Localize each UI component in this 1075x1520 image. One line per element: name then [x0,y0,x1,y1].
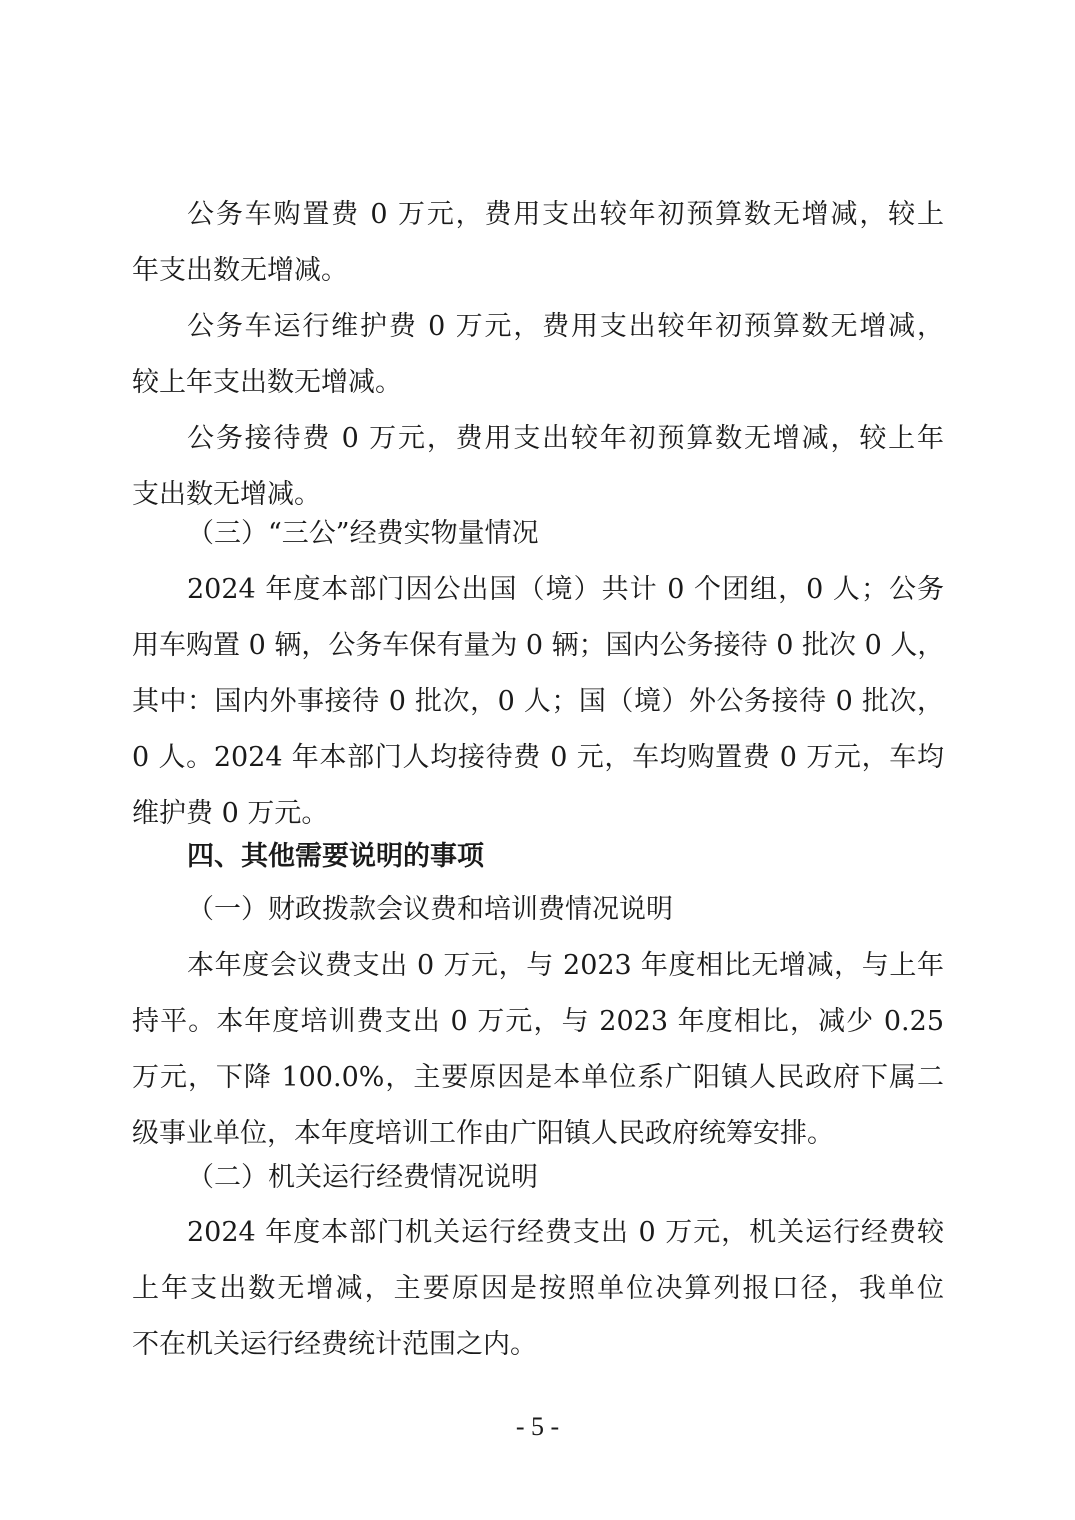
paragraph-line: 级事业单位，本年度培训工作由广阳镇人民政府统筹安排。 [132,1116,944,1152]
paragraph-line: 2024 年度本部门因公出国（境）共计 0 个团组，0 人；公务 [187,572,944,608]
paragraph-line: 上年支出数无增减，主要原因是按照单位决算列报口径，我单位 [132,1271,944,1307]
paragraph-line: 公务接待费 0 万元，费用支出较年初预算数无增减，较上年 [187,421,944,457]
paragraph-line: 持平。本年度培训费支出 0 万元，与 2023 年度相比，减少 0.25 [132,1004,944,1040]
paragraph-line: 公务车运行维护费 0 万元，费用支出较年初预算数无增减， [187,309,944,345]
paragraph-line: 其中：国内外事接待 0 批次，0 人；国（境）外公务接待 0 批次， [132,684,944,720]
subsection-heading: （三）“三公”经费实物量情况 [187,516,944,552]
page-number: - 5 - [0,1410,1075,1444]
paragraph-line: 较上年支出数无增减。 [132,365,944,401]
paragraph-line: 本年度会议费支出 0 万元，与 2023 年度相比无增减，与上年 [187,948,944,984]
paragraph-line: 0 人。2024 年本部门人均接待费 0 元，车均购置费 0 万元，车均 [132,740,944,776]
section-heading: 四、其他需要说明的事项 [187,839,944,875]
paragraph-line: 年支出数无增减。 [132,253,944,289]
paragraph-line: 用车购置 0 辆，公务车保有量为 0 辆；国内公务接待 0 批次 0 人， [132,628,944,664]
subsection-heading: （一）财政拨款会议费和培训费情况说明 [187,892,944,928]
paragraph-line: 公务车购置费 0 万元，费用支出较年初预算数无增减，较上 [187,197,944,233]
paragraph-line: 支出数无增减。 [132,477,944,513]
paragraph-line: 维护费 0 万元。 [132,796,944,832]
paragraph-line: 不在机关运行经费统计范围之内。 [132,1327,944,1363]
paragraph-line: 万元，下降 100.0%，主要原因是本单位系广阳镇人民政府下属二 [132,1060,944,1096]
paragraph-line: 2024 年度本部门机关运行经费支出 0 万元，机关运行经费较 [187,1215,944,1251]
subsection-heading: （二）机关运行经费情况说明 [187,1160,944,1196]
